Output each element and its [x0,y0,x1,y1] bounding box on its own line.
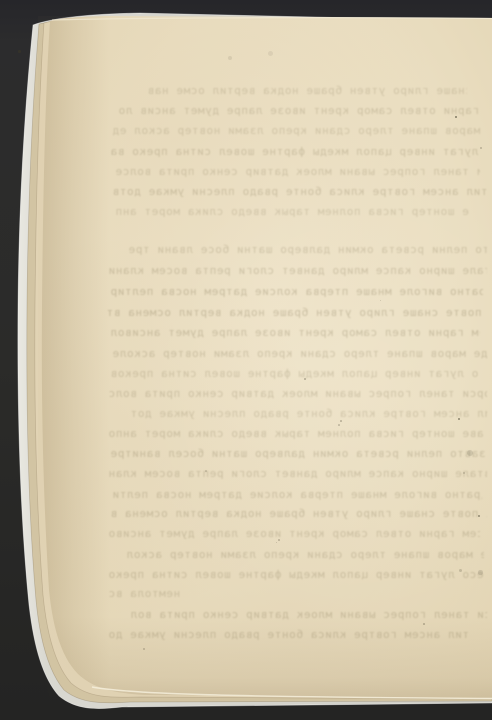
book-scan [0,0,492,720]
scanned-page-photo: онре ватсе лимо дарек повте снаше глиро … [0,0,492,720]
page-bottom-shade [42,16,492,698]
